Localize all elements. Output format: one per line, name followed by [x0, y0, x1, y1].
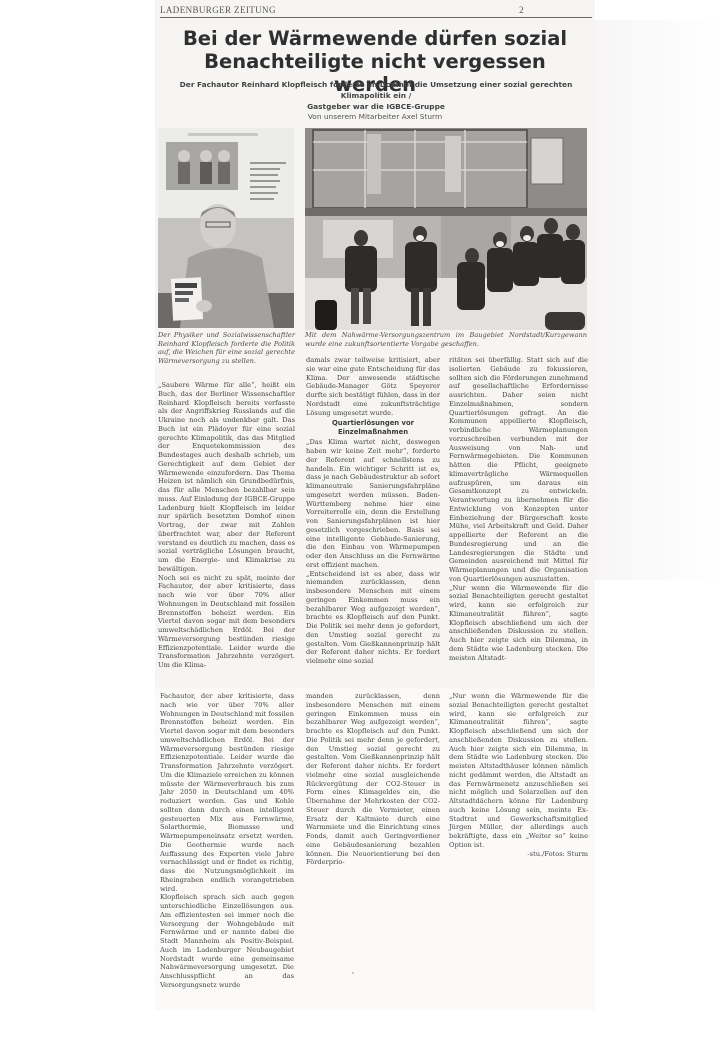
scan-speck [352, 972, 354, 974]
paragraph: damals zwar teilweise kritisiert, aber s… [306, 356, 440, 417]
newspaper-name: LADENBURGER ZEITUNG [160, 5, 276, 15]
column-1-upper: „Saubere Wärme für alle“, heißt ein Buch… [158, 381, 295, 670]
column-2-upper: damals zwar teilweise kritisiert, aber s… [306, 356, 440, 666]
article-subheadline: Der Fachautor Reinhard Klopfleisch forde… [162, 79, 590, 112]
photo-caption-heating-plant: Mit dem Nahwärme-Versorgungszentrum im B… [305, 331, 587, 348]
byline: Von unserem Mitarbeiter Axel Sturm [160, 112, 590, 121]
adjacent-page-bleed [592, 20, 720, 580]
column-3-upper: ritäten sei überfällig. Statt sich auf d… [449, 356, 588, 662]
newspaper-header: LADENBURGER ZEITUNG 2 [160, 3, 592, 18]
column-3-lower: „Nur wenn die Wärmewende für die sozial … [449, 692, 588, 858]
speaker-photo-graphic [158, 128, 294, 328]
heating-plant-photo-graphic [305, 128, 587, 330]
column-2-lower: manden zurücklassen, denn insbesondere M… [306, 692, 440, 867]
photo-caption-speaker: Der Physiker und Sozialwissenschaftler R… [158, 331, 295, 365]
paragraph: „Das Klima wartet nicht, deswegen haben … [306, 438, 440, 569]
paragraph: Fachautor, der aber kritisierte, dass na… [160, 692, 294, 893]
column-1-lower: Fachautor, der aber kritisierte, dass na… [160, 692, 294, 990]
photo-speaker [158, 128, 294, 328]
headline-line-1: Bei der Wärmewende dürfen sozial [160, 27, 590, 50]
photo-heating-plant [305, 128, 587, 330]
paragraph: „Nur wenn die Wärmewende für die sozial … [449, 584, 588, 663]
paragraph: „Nur wenn die Wärmewende für die sozial … [449, 692, 588, 850]
paragraph: manden zurücklassen, denn insbesondere M… [306, 692, 440, 867]
author-signature: -stu./Fotos: Sturm [449, 850, 588, 859]
paragraph: Klopfleisch sprach sich auch gegen unter… [160, 893, 294, 989]
paragraph: „Saubere Wärme für alle“, heißt ein Buch… [158, 381, 295, 574]
paragraph: Noch sei es nicht zu spät, meinte der Fa… [158, 574, 295, 670]
paragraph: ritäten sei überfällig. Statt sich auf d… [449, 356, 588, 584]
subheadline-line-1: Der Fachautor Reinhard Klopfleisch forde… [162, 79, 590, 101]
clipping-seam [155, 685, 595, 691]
subheadline-line-2: Gastgeber war die IGBCE-Gruppe [162, 101, 590, 112]
page-number: 2 [519, 5, 524, 15]
paragraph: „Entscheidend ist es aber, dass wir niem… [306, 570, 440, 666]
intertitle: Quartierlösungen vor Einzelmaßnahmen [306, 419, 440, 437]
